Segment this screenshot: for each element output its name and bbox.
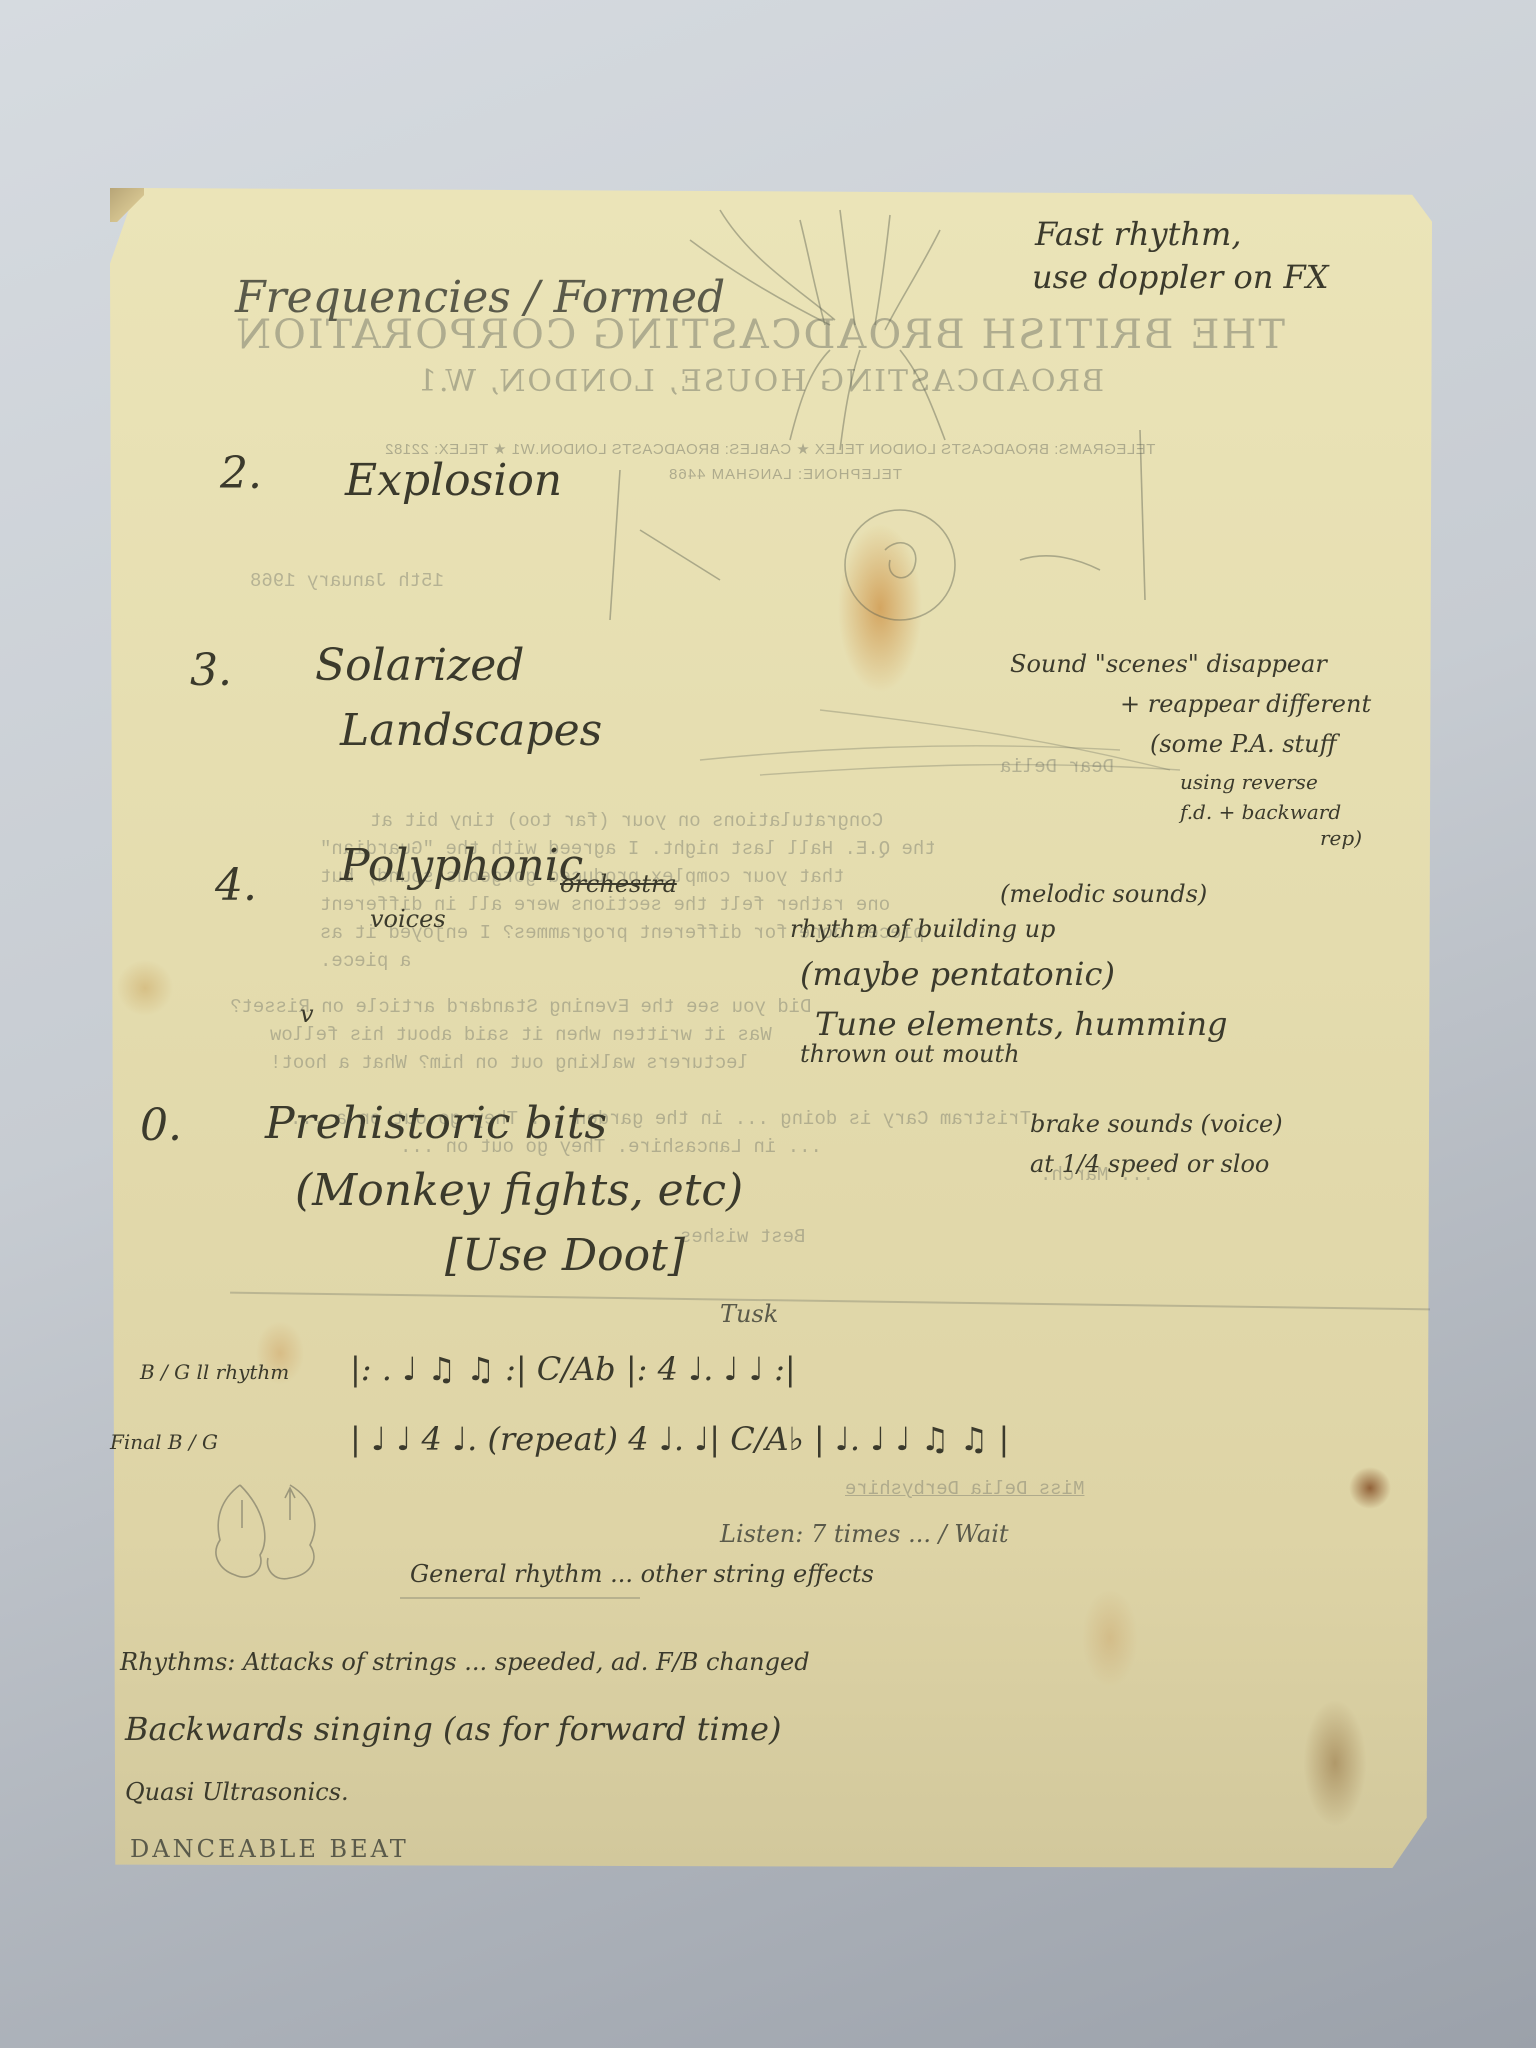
letter-body-line: lecturers walking out on him? What a hoo… [270, 1052, 749, 1074]
item-2-label: Explosion [345, 455, 562, 506]
folded-corner [110, 188, 144, 222]
item-4-number: 4. [215, 860, 257, 911]
item-4-note: (melodic sounds) [1000, 880, 1207, 908]
general-line: General rhythm ... other string effects [410, 1560, 874, 1588]
item-4-sub: voices [370, 905, 446, 933]
score-label: Final B / G [110, 1430, 218, 1454]
closing-note: Rhythms: Attacks of strings ... speeded,… [120, 1648, 810, 1676]
underline-general [400, 1597, 640, 1599]
item-4-struck-note: orchestra [560, 870, 677, 898]
item-0-note: at 1/4 speed or sloo [1030, 1150, 1269, 1178]
item-4-note: Tune elements, humming [815, 1005, 1228, 1043]
note-scenes-line: Sound "scenes" disappear [1010, 650, 1327, 678]
item-4-note: thrown out mouth [800, 1040, 1020, 1068]
note-fast-rhythm: Fast rhythm, [1035, 215, 1242, 253]
item-3-number: 3. [190, 645, 232, 696]
header-scribble: Frequencies / Formed [235, 272, 725, 323]
check-mark: v [300, 1000, 314, 1028]
letter-date: 15th January 1968 [250, 570, 444, 592]
item-4-note: (maybe pentatonic) [800, 955, 1115, 993]
item-0-label: Prehistoric bits [265, 1098, 607, 1149]
item-0-number: 0. [140, 1100, 182, 1151]
item-4-note: rhythm of building up [790, 915, 1055, 943]
letter-closing: Best wishes [680, 1226, 805, 1248]
item-2-number: 2. [220, 448, 262, 499]
item-0-note: brake sounds (voice) [1030, 1110, 1283, 1138]
music-section-label: Tusk [720, 1300, 778, 1328]
note-scenes-line: (some P.A. stuff [1150, 730, 1337, 758]
score-notation: | ♩ ♩ 4 ♩. (repeat) 4 ♩. ♩| C/A♭ | ♩. ♩ … [350, 1420, 1009, 1458]
leaf-clover-sketch [190, 1470, 350, 1600]
closing-note: DANCEABLE BEAT [130, 1835, 409, 1863]
item-3-label-line2: Landscapes [340, 705, 602, 756]
score-notation: |: . ♩ ♫ ♫ :| C/Ab |: 4 ♩. ♩ ♩ :| [350, 1350, 796, 1388]
closing-note: Backwards singing (as for forward time) [125, 1710, 781, 1748]
note-scenes-line: f.d. + backward [1180, 800, 1341, 824]
score-label: B / G ll rhythm [140, 1360, 289, 1384]
item-0-sub: (Monkey fights, etc) [295, 1165, 743, 1216]
letter-body-line: a piece. [320, 950, 411, 972]
lower-note: Listen: 7 times ... / Wait [720, 1520, 1009, 1548]
note-scenes-line: using reverse [1180, 770, 1318, 794]
note-scenes-line: + reappear different [1120, 690, 1371, 718]
letter-body-line: Did you see the Evening Standard article… [230, 996, 812, 1018]
letter-body-line: Was it written when it said about his fe… [270, 1024, 772, 1046]
item-4-label: Polyphonic [340, 840, 583, 891]
letter-recipient: Miss Delia Derbyshire [845, 1478, 1084, 1500]
letter-body-line: Congratulations on your (far too) tiny b… [370, 810, 883, 832]
item-0-bracket-note: [Use Doot] [445, 1230, 685, 1281]
item-3-label-line1: Solarized [315, 640, 524, 691]
closing-note: Quasi Ultrasonics. [125, 1778, 349, 1806]
note-scenes-line: rep) [1320, 826, 1362, 850]
note-use-doppler: use doppler on FX [1032, 258, 1329, 296]
